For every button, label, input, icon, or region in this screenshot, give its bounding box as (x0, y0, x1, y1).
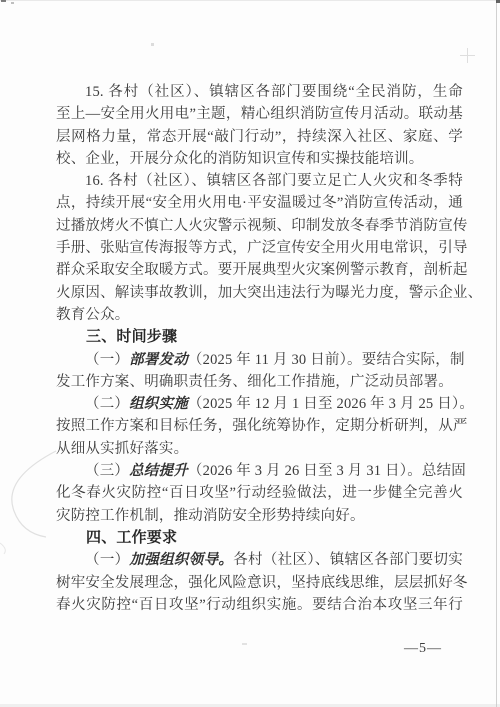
text-line: 化冬春火灾防控“百日攻坚”行动经验做法，进一步健全完善火 (56, 482, 463, 504)
section-heading: 三、时间步骤 (56, 326, 463, 348)
text-run: 至上—安全用火用电”主题，精心组织消防宣传月活动。联动基 (56, 106, 463, 122)
text-line: 层网格力量，常态开展“敲门行动”，持续深入社区、家庭、学 (56, 126, 463, 148)
scan-line-right-edge (496, 0, 497, 707)
paragraph: 15. 各村（社区）、镇辖区各部门要围绕“全民消防，生命至上—安全用火用电”主题… (56, 81, 463, 170)
scan-speck-top-right (496, 0, 500, 3)
text-line: 教育公众。 (56, 304, 463, 326)
paragraph: 16. 各村（社区）、镇辖区各部门要立足亡人火灾和冬季特点，持续开展“安全用火用… (56, 170, 463, 326)
text-run: 从细从实抓好落实。 (56, 441, 188, 457)
text-run: 各村（社区）、镇辖区各部门要切实 (233, 552, 463, 568)
text-run: 四、工作要求 (86, 530, 177, 546)
paragraph: （三）总结提升（2026 年 3 月 26 日至 3 月 31 日）。总结固化冬… (56, 460, 463, 527)
text-line: （一）部署发动（2025 年 11 月 30 日前）。要结合实际，制 (56, 349, 463, 371)
text-line: 按照工作方案和目标任务，强化统筹协作，定期分析研判，从严 (56, 415, 463, 437)
text-line: 灾防控工作机制，推动消防安全形势持续向好。 (56, 505, 463, 527)
emphasized-phrase: 组织实施 (129, 396, 188, 412)
paragraph: （一）部署发动（2025 年 11 月 30 日前）。要结合实际，制发工作方案、… (56, 349, 463, 394)
text-run: （二） (85, 396, 129, 412)
text-run: 灾防控工作机制，推动消防安全形势持续向好。 (56, 508, 365, 524)
text-run: （2026 年 3 月 26 日至 3 月 31 日）。总结固 (188, 463, 466, 479)
section-heading: 四、工作要求 (56, 527, 463, 549)
scan-edge-top (0, 0, 500, 1)
text-line: 15. 各村（社区）、镇辖区各部门要围绕“全民消防，生命 (56, 81, 463, 103)
text-run: 树牢安全发展理念，强化风险意识，坚持底线思维，层层抓好冬 (56, 575, 468, 591)
text-line: 过播放烤火不慎亡人火灾警示视频、印制发放冬春季节消防宣传 (56, 215, 463, 237)
text-run: （三） (85, 463, 129, 479)
text-line: 群众采取安全取暖方式。要开展典型火灾案例警示教育，剖析起 (56, 259, 463, 281)
text-run: 过播放烤火不慎亡人火灾警示视频、印制发放冬春季节消防宣传 (56, 218, 468, 234)
text-line: 四、工作要求 (56, 527, 463, 549)
text-run: 群众采取安全取暖方式。要开展典型火灾案例警示教育，剖析起 (56, 262, 468, 278)
text-run: 化冬春火灾防控“百日攻坚”行动经验做法，进一步健全完善火 (56, 485, 463, 501)
text-line: 16. 各村（社区）、镇辖区各部门要立足亡人火灾和冬季特 (56, 170, 463, 192)
text-run: 火原因、解读事故教训，加大突出违法行为曝光力度，警示企业、 (56, 285, 482, 301)
emphasized-phrase: 部署发动 (129, 352, 188, 368)
text-line: 手册、张贴宣传海报等方式，广泛宣传安全用火用电常识，引导 (56, 237, 463, 259)
text-line: （二）组织实施（2025 年 12 月 1 日至 2026 年 3 月 25 日… (56, 393, 463, 415)
text-line: 树牢安全发展理念，强化风险意识，坚持底线思维，层层抓好冬 (56, 572, 463, 594)
text-run: （2025 年 12 月 1 日至 2026 年 3 月 25 日）。 (188, 396, 474, 412)
text-run: 按照工作方案和目标任务，强化统筹协作，定期分析研判，从严 (56, 418, 468, 434)
registration-cross-mark (460, 48, 475, 63)
text-run: 层网格力量，常态开展“敲门行动”，持续深入社区、家庭、学 (56, 129, 463, 145)
emphasized-phrase: 总结提升 (129, 463, 188, 479)
text-line: 校、企业，开展分众化的消防知识宣传和实操技能培训。 (56, 148, 463, 170)
scan-speck-bottom (242, 643, 247, 645)
text-line: 至上—安全用火用电”主题，精心组织消防宣传月活动。联动基 (56, 103, 463, 125)
text-run: 15. 各村（社区）、镇辖区各部门要围绕“全民消防，生命 (85, 84, 463, 100)
text-line: 三、时间步骤 (56, 326, 463, 348)
text-run: 春火灾防控“百日攻坚”行动组织实施。要结合治本攻坚三年行 (56, 597, 463, 613)
scan-wrinkle-arc (0, 445, 64, 555)
text-line: （一）加强组织领导。各村（社区）、镇辖区各部门要切实 (56, 549, 463, 571)
text-run: 手册、张贴宣传海报等方式，广泛宣传安全用火用电常识，引导 (56, 240, 468, 256)
text-run: （一） (85, 552, 129, 568)
scan-speck-top-left-2 (11, 2, 14, 4)
text-run: （2025 年 11 月 30 日前）。要结合实际，制 (188, 352, 465, 368)
paragraph: （一）加强组织领导。各村（社区）、镇辖区各部门要切实树牢安全发展理念，强化风险意… (56, 549, 463, 616)
emphasized-phrase: 加强组织领导。 (129, 552, 233, 568)
text-run: 三、时间步骤 (86, 329, 177, 345)
text-line: 从细从实抓好落实。 (56, 438, 463, 460)
document-body: 15. 各村（社区）、镇辖区各部门要围绕“全民消防，生命至上—安全用火用电”主题… (56, 81, 463, 616)
page-number: —5— (404, 641, 442, 657)
scanned-document-page: 15. 各村（社区）、镇辖区各部门要围绕“全民消防，生命至上—安全用火用电”主题… (0, 0, 500, 707)
text-run: （一） (85, 352, 129, 368)
text-run: 16. 各村（社区）、镇辖区各部门要立足亡人火灾和冬季特 (85, 173, 463, 189)
text-line: （三）总结提升（2026 年 3 月 26 日至 3 月 31 日）。总结固 (56, 460, 463, 482)
text-run: 点，持续开展“安全用火用电·平安温暖过冬”消防宣传活动，通 (56, 195, 463, 211)
text-line: 火原因、解读事故教训，加大突出违法行为曝光力度，警示企业、 (56, 282, 463, 304)
paragraph: （二）组织实施（2025 年 12 月 1 日至 2026 年 3 月 25 日… (56, 393, 463, 460)
text-run: 发工作方案、明确职责任务、细化工作措施，广泛动员部署。 (56, 374, 453, 390)
text-run: 教育公众。 (56, 307, 130, 323)
text-line: 点，持续开展“安全用火用电·平安温暖过冬”消防宣传活动，通 (56, 192, 463, 214)
text-run: 校、企业，开展分众化的消防知识宣传和实操技能培训。 (56, 151, 424, 167)
scan-speck-upper-middle (151, 43, 154, 46)
scan-speck-top-left (1, 0, 6, 2)
text-line: 春火灾防控“百日攻坚”行动组织实施。要结合治本攻坚三年行 (56, 594, 463, 616)
text-line: 发工作方案、明确职责任务、细化工作措施，广泛动员部署。 (56, 371, 463, 393)
